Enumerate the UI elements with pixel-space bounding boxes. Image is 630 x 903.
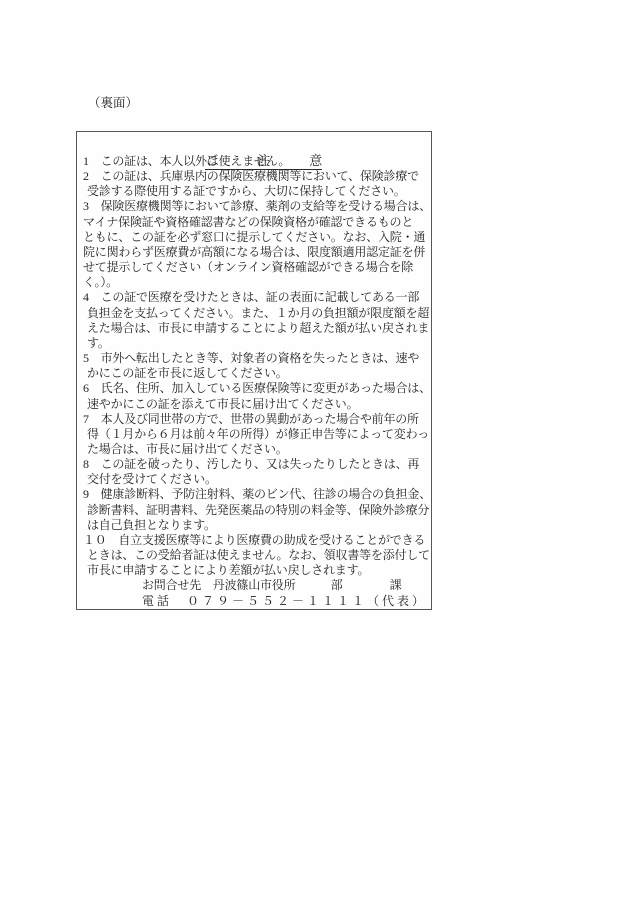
notice-line: 受診する際使用する証ですから、大切に保持してください。 xyxy=(83,184,431,199)
notice-line: ときは、この受給者証は使えません。なお、領収書等を添付して xyxy=(83,548,431,563)
notice-body: 1 この証は、本人以外は使えません。2 この証は、兵庫県内の保険医療機関等におい… xyxy=(83,154,431,609)
notice-line: は自己負担となります。 xyxy=(83,518,431,533)
notice-line: 得（１月から６月は前々年の所得）が修正申告等によって変わっ xyxy=(83,427,431,442)
notice-box: ご 注 意 1 この証は、本人以外は使えません。2 この証は、兵庫県内の保険医療… xyxy=(76,131,432,610)
scanned-document-page: （裏面） ご 注 意 1 この証は、本人以外は使えません。2 この証は、兵庫県内… xyxy=(0,0,630,903)
notice-line: 4 この証で医療を受けたときは、証の表面に記載してある一部 xyxy=(83,290,431,305)
notice-line: えた場合は、市長に申請することにより超えた額が払い戻されま xyxy=(83,321,431,336)
notice-title: ご 注 意 xyxy=(83,137,425,154)
notice-line: かにこの証を市長に返してください。 xyxy=(83,366,431,381)
notice-line: 交付を受けてください。 xyxy=(83,472,431,487)
notice-line: 2 この証は、兵庫県内の保険医療機関等において、保険診療で xyxy=(83,169,431,184)
notice-line: 院に関わらず医療費が高額になる場合は、限度額適用認定証を併 xyxy=(83,245,431,260)
notice-line: ともに、この証を必ず窓口に提示してください。なお、入院・通 xyxy=(83,230,431,245)
notice-line: 5 市外へ転出したとき等、対象者の資格を失ったときは、速や xyxy=(83,351,431,366)
notice-line: マイナ保険証や資格確認書などの保険資格が確認できるものと xyxy=(83,215,431,230)
notice-line: 速やかにこの証を添えて市長に届け出てください。 xyxy=(83,397,431,412)
notice-line: 市長に申請することにより差額が払い戻しされます。 xyxy=(83,563,431,578)
notice-line: せて提示してください（オンライン資格確認ができる場合を除 xyxy=(83,260,431,275)
notice-line: 診断書料、証明書料、先発医薬品の特別の料金等、保険外診療分 xyxy=(83,503,431,518)
notice-line: 9 健康診断料、予防注射料、薬のビン代、往診の場合の負担金、 xyxy=(83,487,431,502)
notice-line: 1 この証は、本人以外は使えません。 xyxy=(83,154,431,169)
notice-line: 7 本人及び同世帯の方で、世帯の異動があった場合や前年の所 xyxy=(83,412,431,427)
notice-line: た場合は、市長に届け出てください。 xyxy=(83,442,431,457)
notice-line: 電話 ０７９－５５２－１１１１（代表） xyxy=(83,594,431,609)
notice-line: 3 保険医療機関等において診療、薬剤の支給等を受ける場合は、 xyxy=(83,199,431,214)
notice-line: 8 この証を破ったり、汚したり、又は失ったりしたときは、再 xyxy=(83,457,431,472)
notice-line: 6 氏名、住所、加入している医療保険等に変更があった場合は、 xyxy=(83,381,431,396)
notice-line: 負担金を支払ってください。また、１か月の負担額が限度額を超 xyxy=(83,306,431,321)
notice-line: お問合せ先 丹波篠山市役所 部 課 xyxy=(83,578,431,593)
notice-line: す。 xyxy=(83,336,431,351)
back-side-label: （裏面） xyxy=(88,95,138,111)
notice-line: １０ 自立支援医療等により医療費の助成を受けることができる xyxy=(83,533,431,548)
notice-line: く。）。 xyxy=(83,275,431,290)
